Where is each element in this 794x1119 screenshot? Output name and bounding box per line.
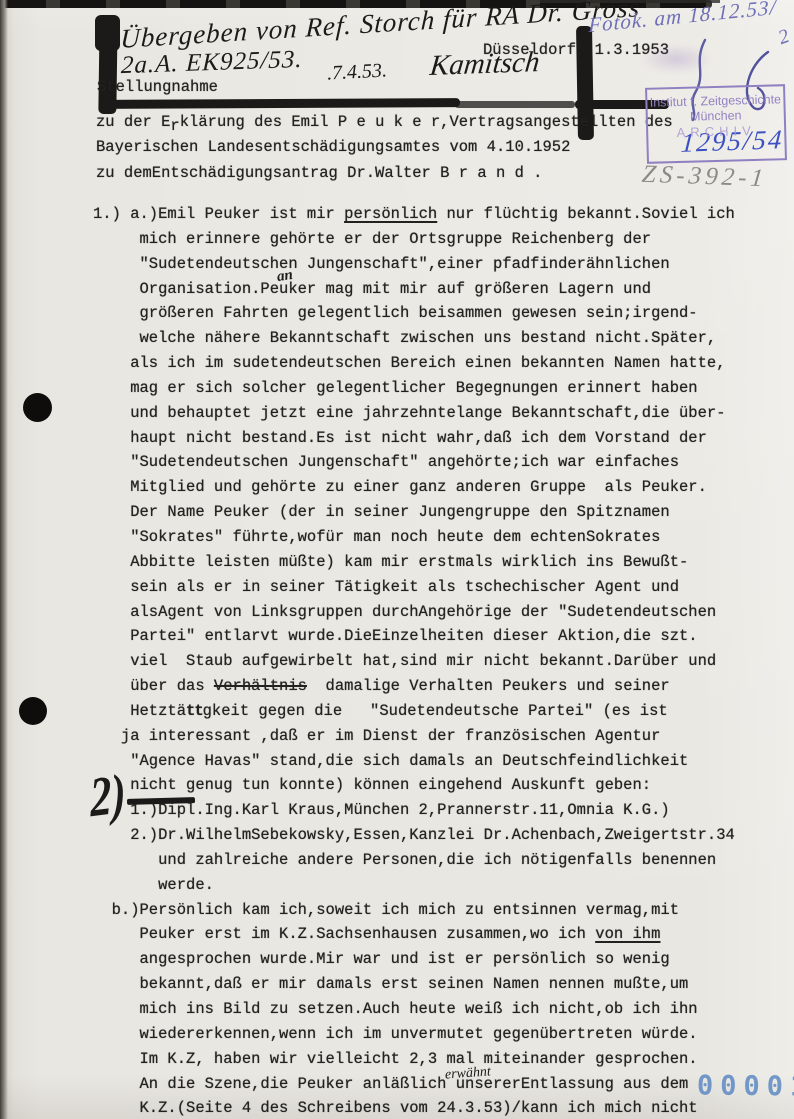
typed-line: viel Staub aufgewirbelt hat,sind mir nic… — [93, 649, 735, 674]
page-number-stamp: 00001 — [697, 1070, 794, 1102]
page-edge-shadow — [0, 0, 8, 1119]
typed-line: wiedererkennen,wenn ich im unvermutet ge… — [93, 1022, 735, 1047]
insert-an: an — [276, 267, 294, 286]
punch-hole-top — [23, 393, 52, 422]
punch-hole-bottom — [19, 697, 47, 725]
stamp-archiv: ARCHIV — [648, 122, 784, 141]
typed-line: 1.) a.)Emil Peuker ist mir persönlich nu… — [93, 202, 735, 227]
page-title: Stellungnahme — [97, 76, 218, 98]
typed-line: ja interessant ,daß er im Dienst der fra… — [93, 724, 735, 749]
crayon-underline-segment-1 — [104, 98, 460, 109]
typed-line: mich erinnere gehörte er der Ortsgruppe … — [93, 227, 735, 252]
typed-line: Im K.Z, haben wir vielleicht 2,3 mal mit… — [93, 1047, 735, 1072]
typed-line: größeren Fahrten gelegentlich beisammen … — [93, 301, 735, 326]
signature-note: Kamitsch — [428, 46, 541, 83]
typed-line: "Sokrates" führte,wofür man noch heute d… — [93, 525, 735, 550]
typed-line: Partei" entlarvt wurde.DieEinzelheiten d… — [93, 624, 735, 649]
typed-line: haupt nicht bestand.Es ist nicht wahr,da… — [93, 426, 735, 451]
typed-line: Mitglied und gehörte zu einer ganz ander… — [93, 475, 735, 500]
insert-erwaehnt: erwähnt — [444, 1064, 491, 1083]
typed-line: und zahlreiche andere Personen,die ich n… — [93, 848, 735, 873]
margin-number: 2) — [89, 762, 127, 830]
stamp-smudge — [640, 44, 712, 74]
file-ref-note: 2a.A. EK925/53. — [121, 46, 304, 80]
typed-line: und behauptet jetzt eine jahrzehntelange… — [93, 401, 735, 426]
crayon-underline-segment-2 — [455, 101, 575, 108]
typed-body: 1.) a.)Emil Peuker ist mir persönlich nu… — [93, 202, 735, 1119]
typed-line: b.)Persönlich kam ich,soweit ich mich zu… — [93, 898, 735, 923]
typed-line: welche nähere Bekanntschaft zwischen uns… — [93, 326, 735, 351]
typed-line: mag er sich solcher gelegentlicher Begeg… — [93, 376, 735, 401]
typed-line: Organisation.Peuker mag mit mir auf größ… — [93, 277, 735, 302]
photo-note-fragment: 2 — [775, 25, 792, 50]
typed-line: Abbitte leisten müßte) kam mir erstmals … — [93, 550, 735, 575]
pencil-ref: ZS-392-1 — [641, 161, 769, 193]
typed-line: nicht genug tun konnte) können eingehend… — [93, 773, 735, 798]
crayon-blob-left — [95, 15, 120, 51]
typed-line: Der Name Peuker (der in seiner Jungengru… — [93, 500, 735, 525]
date-note: .7.4.53. — [326, 59, 387, 85]
typed-line: Peuker erst im K.Z.Sachsenhausen zusamme… — [93, 922, 735, 947]
typed-line: "Sudetendeutschen Jungenschaft" angehört… — [93, 450, 735, 475]
typed-line: zu demEntschädigungsantrag Dr.Walter B r… — [96, 161, 673, 186]
typed-line: K.Z.(Seite 4 des Schreibens vom 24.3.53)… — [93, 1096, 735, 1119]
archive-stamp: Institut f. Zeitgeschichte München ARCHI… — [645, 84, 787, 164]
typed-line: "Agence Havas" stand,die sich damals an … — [93, 749, 735, 774]
typed-line: werde. — [93, 873, 735, 898]
typed-line: Hetztättgkeit gegen die "Sudetendeutsche… — [93, 699, 735, 724]
typed-line: bekannt,daß er mir damals erst seinen Na… — [93, 972, 735, 997]
typed-line: über das Verhältnis damalige Verhalten P… — [93, 674, 735, 699]
typed-line: mich ins Bild zu setzen.Auch heute weiß … — [93, 997, 735, 1022]
typed-line: Bayerischen Landesentschädigungsamtes vo… — [96, 135, 673, 160]
typed-line: zu der Erklärung des Emil P e u k e r,Ve… — [96, 110, 673, 135]
typed-line: als ich im sudetendeutschen Bereich eine… — [93, 351, 735, 376]
typed-line: 1.)Dipl.Ing.Karl Kraus,München 2,Pranner… — [93, 798, 735, 823]
typed-line: An die Szene,die Peuker anläßlich unsere… — [93, 1072, 735, 1097]
typed-line: 2.)Dr.WilhelmSebekowsky,Essen,Kanzlei Dr… — [93, 823, 735, 848]
subject-lines: zu der Erklärung des Emil P e u k e r,Ve… — [96, 110, 673, 186]
typed-line: "Sudetendeutschen Jungenschaft",einer pf… — [93, 252, 735, 277]
scanned-document-page: Düsseldorf, 1.3.1953 Stellungnahme zu de… — [0, 0, 794, 1119]
typed-line: alsAgent von Linksgruppen durchAngehörig… — [93, 600, 735, 625]
typed-line: angesprochen wurde.Mir war und ist er pe… — [93, 947, 735, 972]
typed-line: sein als er in seiner Tätigkeit als tsch… — [93, 575, 735, 600]
